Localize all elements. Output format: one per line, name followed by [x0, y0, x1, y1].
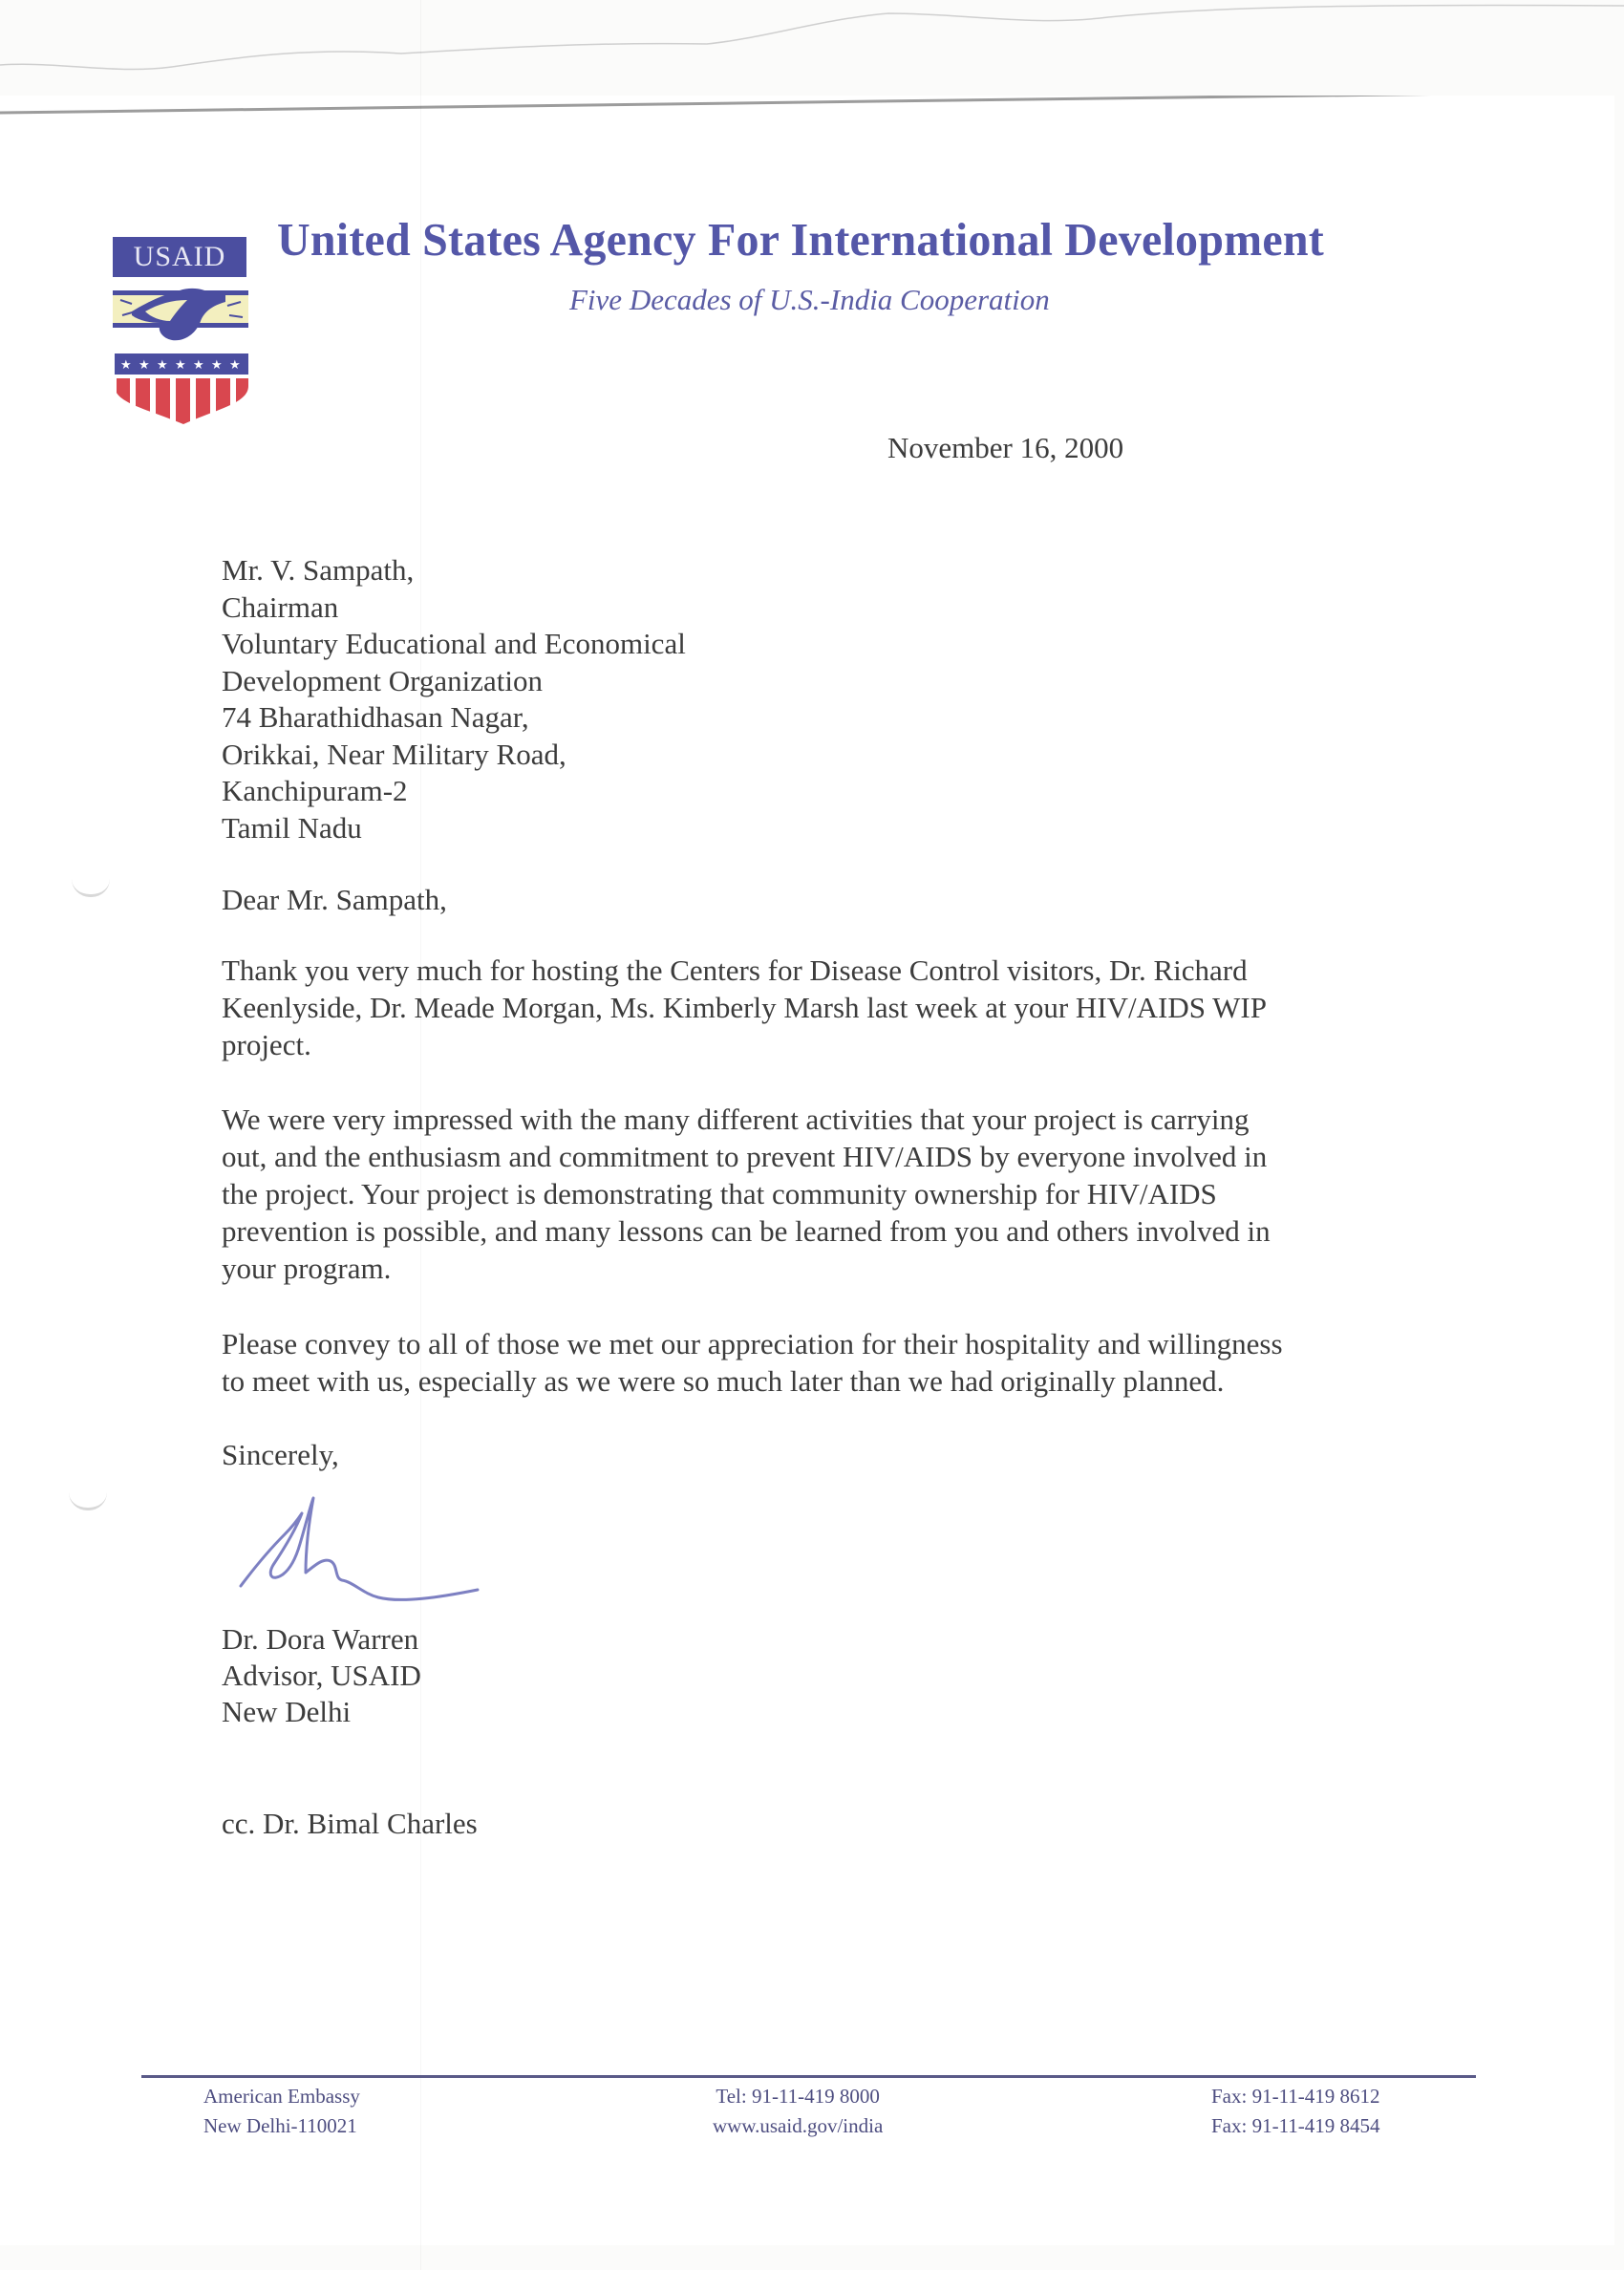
svg-text:★: ★: [175, 358, 186, 373]
signer-block: Dr. Dora Warren Advisor, USAID New Delhi: [222, 1621, 421, 1730]
signer-name: Dr. Dora Warren: [222, 1621, 421, 1658]
address-line: Tamil Nadu: [222, 810, 686, 847]
agency-name-heading: United States Agency For International D…: [277, 212, 1324, 267]
address-line: Development Organization: [222, 663, 686, 700]
handshake-shield-icon: ★★★ ★★★★: [113, 283, 250, 424]
footer-address-line: New Delhi-110021: [203, 2111, 360, 2141]
paragraph-line: your program.: [222, 1251, 1271, 1288]
paragraph-line: Please convey to all of those we met our…: [222, 1326, 1283, 1363]
letter-date: November 16, 2000: [887, 430, 1123, 467]
footer-address: American Embassy New Delhi-110021: [203, 2082, 360, 2141]
address-line: Voluntary Educational and Economical: [222, 626, 686, 663]
footer-fax-line: Fax: 91-11-419 8454: [1211, 2111, 1380, 2141]
svg-text:★: ★: [157, 358, 168, 373]
page-top-edge: [0, 96, 1614, 124]
signer-title: Advisor, USAID: [222, 1658, 421, 1694]
svg-text:★: ★: [211, 358, 223, 373]
address-line: 74 Bharathidhasan Nagar,: [222, 699, 686, 737]
svg-text:★: ★: [139, 358, 150, 373]
footer-fax-line: Fax: 91-11-419 8612: [1211, 2082, 1380, 2111]
handwritten-signature: [229, 1490, 487, 1615]
footer-phone: Tel: 91-11-419 8000: [713, 2082, 883, 2111]
svg-text:★: ★: [120, 358, 132, 373]
usaid-logo: USAID ★★★ ★★★★: [113, 237, 250, 424]
recipient-address: Mr. V. Sampath, Chairman Voluntary Educa…: [222, 552, 686, 846]
agency-tagline: Five Decades of U.S.-India Cooperation: [569, 283, 1050, 317]
paragraph-line: the project. Your project is demonstrati…: [222, 1176, 1271, 1213]
svg-text:★: ★: [229, 358, 241, 373]
paragraph-line: We were very impressed with the many dif…: [222, 1102, 1271, 1139]
paragraph-line: Thank you very much for hosting the Cent…: [222, 953, 1267, 990]
address-line: Kanchipuram-2: [222, 773, 686, 810]
svg-text:★: ★: [193, 358, 204, 373]
paragraph-line: project.: [222, 1027, 1267, 1064]
signer-location: New Delhi: [222, 1694, 421, 1730]
body-paragraph-2: We were very impressed with the many dif…: [222, 1102, 1271, 1288]
salutation: Dear Mr. Sampath,: [222, 882, 447, 919]
address-line: Orikkai, Near Military Road,: [222, 737, 686, 774]
paragraph-line: Keenlyside, Dr. Meade Morgan, Ms. Kimber…: [222, 990, 1267, 1027]
footer-fax: Fax: 91-11-419 8612 Fax: 91-11-419 8454: [1211, 2082, 1380, 2141]
footer-address-line: American Embassy: [203, 2082, 360, 2111]
paragraph-line: prevention is possible, and many lessons…: [222, 1213, 1271, 1251]
body-paragraph-3: Please convey to all of those we met our…: [222, 1326, 1283, 1401]
closing: Sincerely,: [222, 1437, 339, 1474]
cc-line: cc. Dr. Bimal Charles: [222, 1806, 478, 1843]
address-line: Mr. V. Sampath,: [222, 552, 686, 589]
footer-divider: [141, 2075, 1476, 2078]
footer-website: www.usaid.gov/india: [713, 2111, 883, 2141]
footer-contact: Tel: 91-11-419 8000 www.usaid.gov/india: [713, 2082, 883, 2141]
paragraph-line: to meet with us, especially as we were s…: [222, 1363, 1283, 1401]
usaid-logo-wordmark: USAID: [113, 237, 246, 277]
paragraph-line: out, and the enthusiasm and commitment t…: [222, 1139, 1271, 1176]
body-paragraph-1: Thank you very much for hosting the Cent…: [222, 953, 1267, 1064]
address-line: Chairman: [222, 589, 686, 627]
